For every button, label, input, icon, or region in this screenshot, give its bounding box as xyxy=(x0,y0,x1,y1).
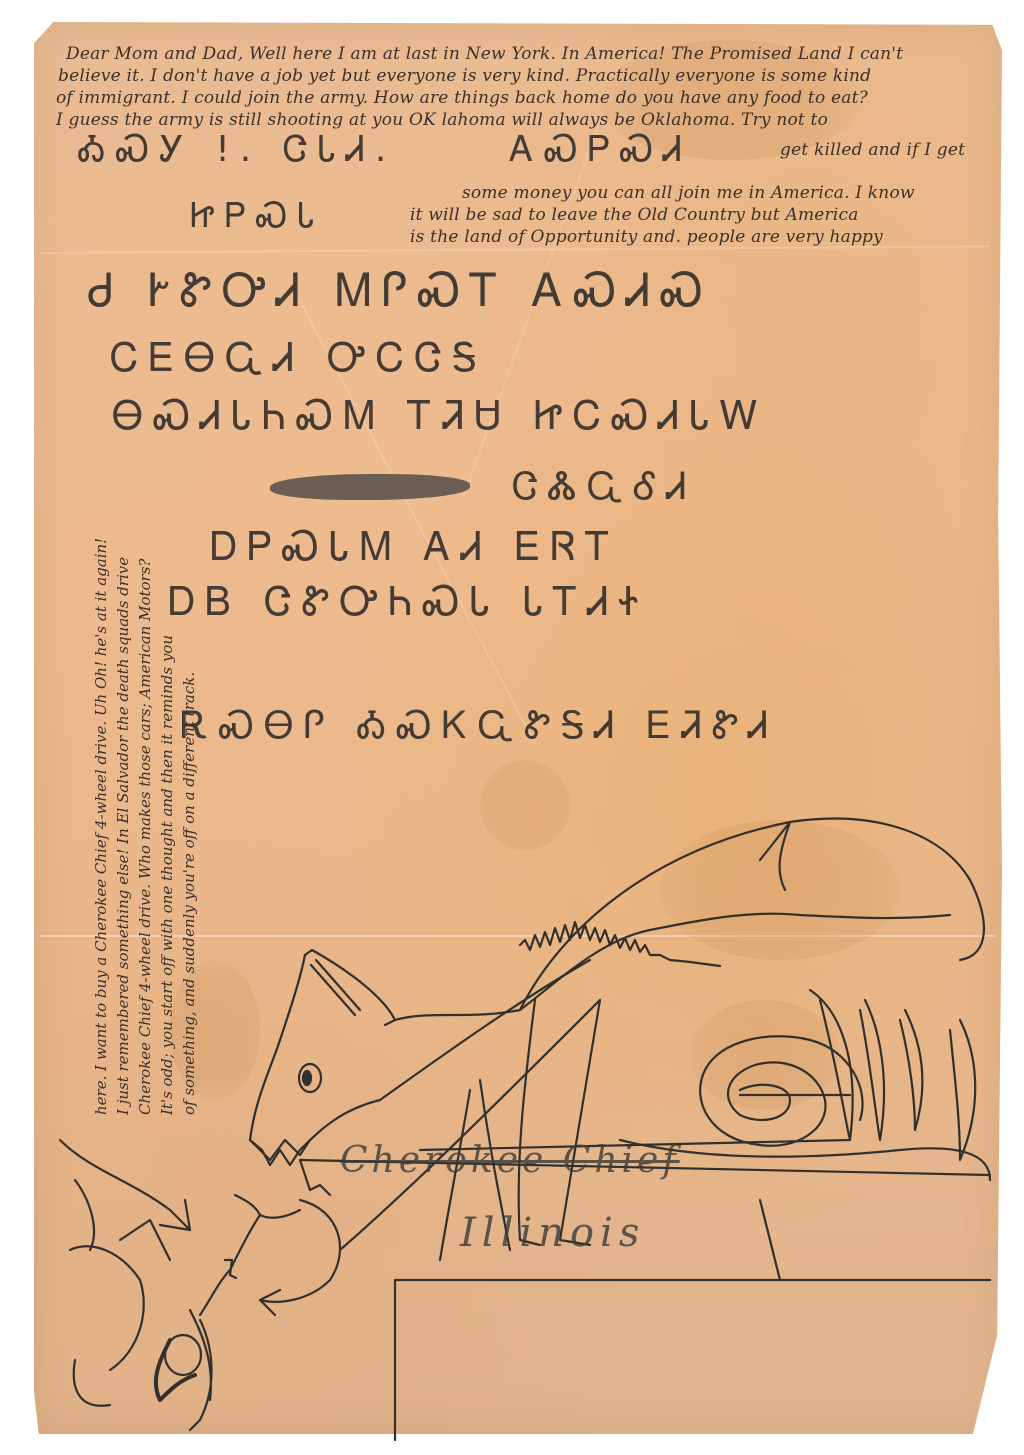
margin-line: here. I want to buy a Cherokee Chief 4-w… xyxy=(90,538,112,1115)
margin-note: here. I want to buy a Cherokee Chief 4-w… xyxy=(90,538,200,1115)
letter-line: of immigrant. I could join the army. How… xyxy=(56,88,868,109)
letter-line: believe it. I don't have a job yet but e… xyxy=(58,66,871,87)
crossed-out-word xyxy=(270,474,470,500)
letter-line: Dear Mom and Dad, Well here I am at last… xyxy=(66,44,903,65)
cherokee-line: Ꮷ ᎨᏑᎤᏗ ᎷᎵᏍᎢ ᎪᏍᏗᏍ xyxy=(88,262,713,318)
water-stain xyxy=(660,820,900,960)
cherokee-line: ᏣᏜᏩᎴᏗ xyxy=(512,464,697,508)
margin-line: of something, and suddenly you're off on… xyxy=(178,538,200,1115)
letter-line: it will be sad to leave the Old Country … xyxy=(410,205,859,226)
cherokee-line: ᎾᏍᏗᏓᏂᏍᎷ ᎢᏘᏌ ᏥᏟᏍᏗᏓᎳ xyxy=(112,394,768,438)
water-stain xyxy=(690,1000,840,1110)
letter-line: is the land of Opportunity and. people a… xyxy=(410,227,883,248)
letter-line: some money you can all join me in Americ… xyxy=(462,183,915,204)
cherokee-line: ᏟᎬᎾᏩᏗ ᎤᏟᏣᎦ xyxy=(110,336,487,380)
margin-line: It's odd; you start off with one thought… xyxy=(156,538,178,1115)
water-stain xyxy=(480,760,570,850)
crossed-signature: Cherokee Chief xyxy=(340,1140,680,1181)
cherokee-line: ᎪᏍᏢᏍᏗ xyxy=(510,128,692,172)
margin-line: Cherokee Chief 4-wheel drive. Who makes … xyxy=(134,538,156,1115)
cherokee-line: ᎡᏍᎾᎵ ᎣᏍᏦᏩᏑᎦᏗ ᎬᏘᏑᏗ xyxy=(180,703,778,747)
cherokee-line: ᎠᏢᏍᏓᎷ ᎪᏗ ᎬᏒᎢ xyxy=(210,525,620,569)
cherokee-line: ᎠᏴ ᏣᏑᎤᏂᏍᏓ ᏓᎢᏗᏐ xyxy=(168,580,649,624)
cherokee-line: ᏥᏢᏍᏓ xyxy=(190,194,325,238)
margin-line: I just remembered something else! In El … xyxy=(112,538,134,1115)
letter-line: get killed and if I get xyxy=(780,140,965,161)
signature: Illinois xyxy=(460,1210,645,1256)
cherokee-line: ᎣᏍᎩ !. ᏣᏓᏗ. xyxy=(78,128,396,172)
